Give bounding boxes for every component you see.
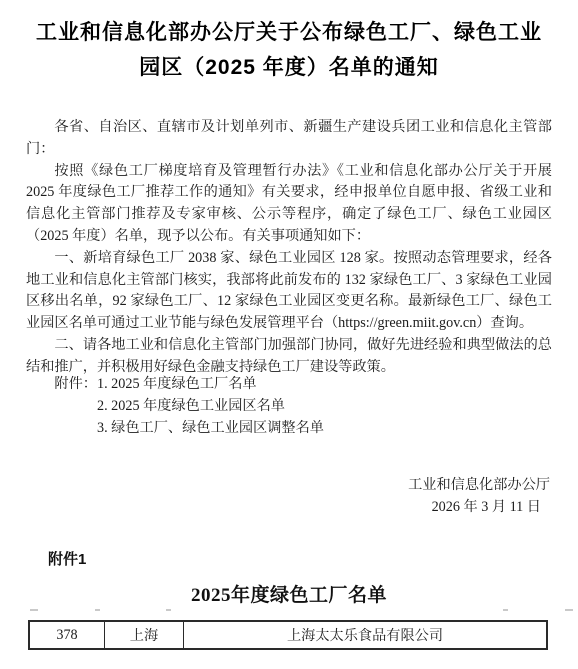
notice-title-line-2: 园区（2025 年度）名单的通知 [10,50,568,85]
table-cell-region: 上海 [105,622,184,648]
notice-title-line-1: 工业和信息化部办公厅关于公布绿色工厂、绿色工业 [10,15,568,50]
item-1-paragraph: 一、新培育绿色工厂 2038 家、绿色工业园区 128 家。按照动态管理要求，经… [26,248,552,335]
table-cell-serial-number: 378 [30,622,105,648]
salutation-paragraph: 各省、自治区、直辖市及计划单列市、新疆生产建设兵团工业和信息化主管部门： [26,117,552,161]
signature-block: 工业和信息化部办公厅 2026 年 3 月 11 日 [26,474,550,518]
attachment-item-2: 2. 2025 年度绿色工业园区名单 [97,396,324,418]
scan-artifact [503,609,508,611]
attachment-item-1: 1. 2025 年度绿色工厂名单 [97,374,324,396]
scan-artifact [565,609,573,611]
green-factory-table: 378 上海 上海太太乐食品有限公司 [28,620,548,650]
table-cell-company-name: 上海太太乐食品有限公司 [184,622,546,648]
signature-department: 工业和信息化部办公厅 [26,474,550,496]
signature-date: 2026 年 3 月 11 日 [26,496,550,518]
document-page: 工业和信息化部办公厅关于公布绿色工厂、绿色工业 园区（2025 年度）名单的通知… [0,0,578,669]
scan-artifact [166,609,171,611]
notice-body: 各省、自治区、直辖市及计划单列市、新疆生产建设兵团工业和信息化主管部门： 按照《… [26,117,552,379]
attachments-label: 附件： [26,374,97,396]
attachments-list: 附件： 1. 2025 年度绿色工厂名单 2. 2025 年度绿色工业园区名单 … [26,374,552,439]
attachment-item-3: 3. 绿色工厂、绿色工业园区调整名单 [97,418,324,440]
notice-title: 工业和信息化部办公厅关于公布绿色工厂、绿色工业 园区（2025 年度）名单的通知 [10,15,568,85]
scan-artifact [95,609,100,611]
scan-artifact [30,609,38,611]
intro-paragraph: 按照《绿色工厂梯度培育及管理暂行办法》《工业和信息化部办公厅关于开展 2025 … [26,161,552,248]
appendix-heading: 2025年度绿色工厂名单 [0,580,578,607]
appendix-label: 附件1 [48,548,86,569]
item-2-paragraph: 二、请各地工业和信息化主管部门加强部门协同，做好先进经验和典型做法的总结和推广，… [26,335,552,379]
attachments-items: 1. 2025 年度绿色工厂名单 2. 2025 年度绿色工业园区名单 3. 绿… [97,374,324,439]
